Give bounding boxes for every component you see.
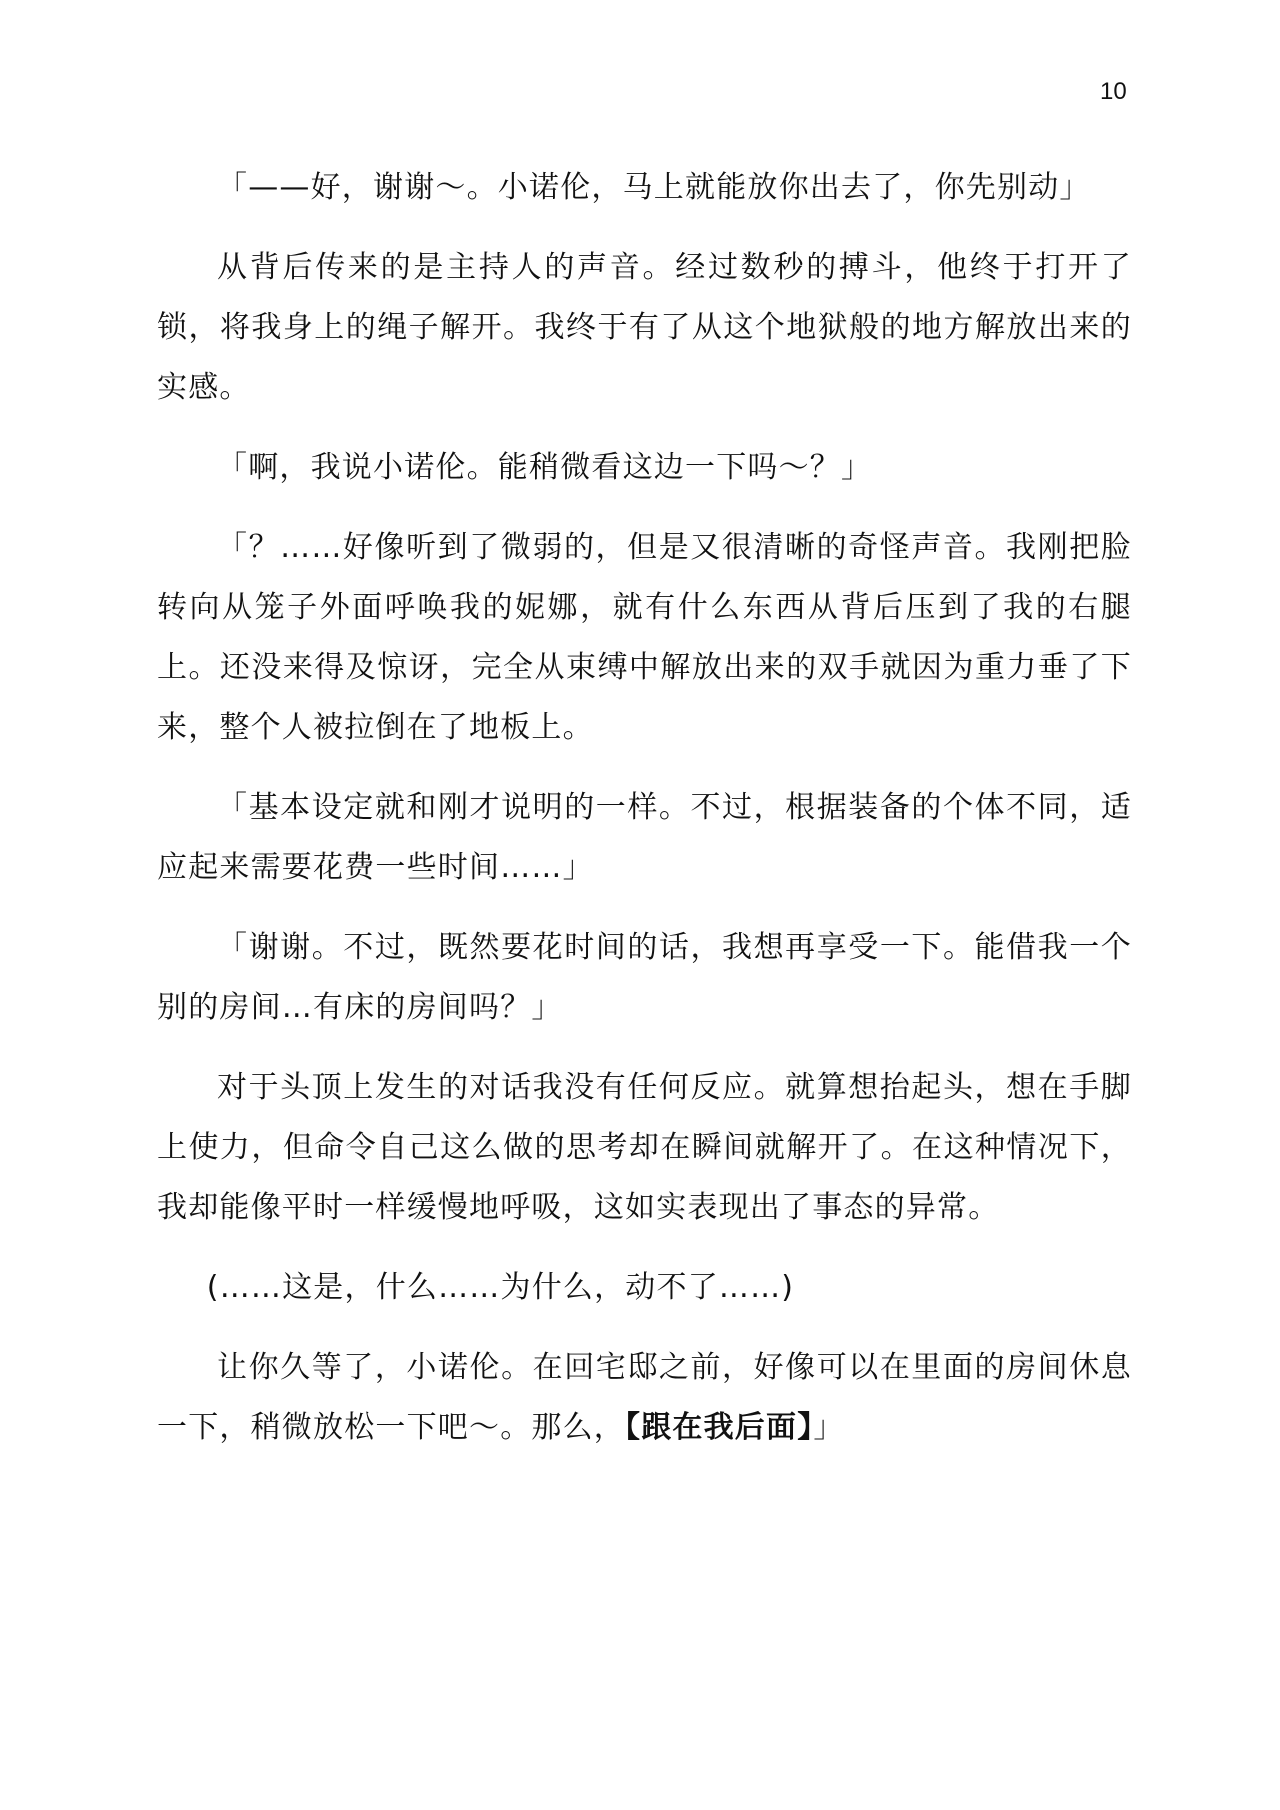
- paragraph-9: 让你久等了，小诺伦。在回宅邸之前，好像可以在里面的房间休息一下，稍微放松一下吧～…: [157, 1338, 1132, 1458]
- paragraph-8-inner-thought: (……这是，什么……为什么，动不了……): [157, 1258, 1132, 1318]
- document-body: 「——好，谢谢～。小诺伦，马上就能放你出去了，你先别动」 从背后传来的是主持人的…: [157, 158, 1132, 1478]
- paragraph-2: 从背后传来的是主持人的声音。经过数秒的搏斗，他终于打开了锁，将我身上的绳子解开。…: [157, 238, 1132, 418]
- paragraph-7: 对于头顶上发生的对话我没有任何反应。就算想抬起头，想在手脚上使力，但命令自己这么…: [157, 1058, 1132, 1238]
- paragraph-4: 「？……好像听到了微弱的，但是又很清晰的奇怪声音。我刚把脸转向从笼子外面呼唤我的…: [157, 518, 1132, 758]
- page-number: 10: [1100, 78, 1127, 106]
- paragraph-6: 「谢谢。不过，既然要花时间的话，我想再享受一下。能借我一个别的房间…有床的房间吗…: [157, 918, 1132, 1038]
- paragraph-5: 「基本设定就和刚才说明的一样。不过，根据装备的个体不同，适应起来需要花费一些时间…: [157, 778, 1132, 898]
- paragraph-1: 「——好，谢谢～。小诺伦，马上就能放你出去了，你先别动」: [157, 158, 1132, 218]
- paragraph-3: 「啊，我说小诺伦。能稍微看这边一下吗～？」: [157, 438, 1132, 498]
- closing-quote: 」: [813, 1410, 844, 1445]
- command-emphasis: 【跟在我后面】: [625, 1410, 813, 1445]
